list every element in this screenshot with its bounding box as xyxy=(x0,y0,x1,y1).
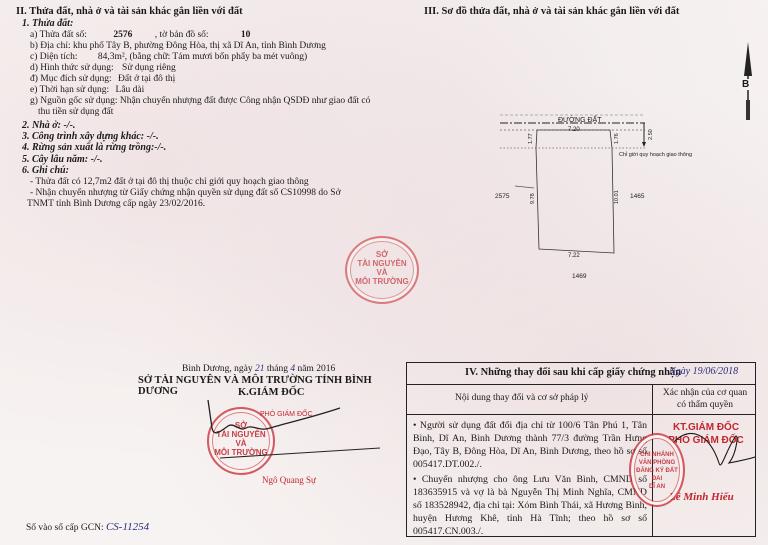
changes-table-title-row: IV. Những thay đổi sau khi cấp giấy chứn… xyxy=(407,363,755,385)
dim-left-lower: 9.78 xyxy=(530,193,536,204)
issue-month-label: tháng xyxy=(267,364,288,374)
registry-number: Số vào sổ cấp GCN: CS-11254 xyxy=(26,522,149,534)
dim-offset: 2.50 xyxy=(648,129,654,140)
signer-name: Ngô Quang Sự xyxy=(262,475,316,485)
other-construction-item: 3. Công trình xây dựng khác: -/-. xyxy=(22,131,159,142)
usage-form-value: Sử dụng riêng xyxy=(122,63,176,73)
seal-line: CHI NHÁNH xyxy=(631,451,683,459)
north-label: B xyxy=(741,79,750,90)
change-entry: • Chuyển nhượng cho ông Lưu Văn Bình, CM… xyxy=(413,473,647,538)
changes-table: IV. Những thay đổi sau khi cấp giấy chứn… xyxy=(406,362,756,537)
issue-month: 4 xyxy=(290,364,295,374)
map-sheet-number: 10 xyxy=(241,30,251,40)
dim-bottom: 7.22 xyxy=(568,253,580,259)
usage-term-label: e) Thời hạn sử dụng: xyxy=(30,85,109,95)
neighbor-south: 1469 xyxy=(572,273,587,280)
issue-day: 21 xyxy=(255,364,265,374)
neighbor-east: 1465 xyxy=(630,193,645,200)
section-iii-heading: III. Sơ đồ thửa đất, nhà ở và tài sản kh… xyxy=(424,6,679,17)
seal-line: SỞ xyxy=(347,250,417,259)
section-iv-heading: IV. Những thay đổi sau khi cấp giấy chứn… xyxy=(465,367,681,378)
signature-scribble xyxy=(200,398,390,468)
section-ii-heading: II. Thửa đất, nhà ở và tài sản khác gắn … xyxy=(16,6,243,17)
note-2: - Nhận chuyển nhượng từ Giấy chứng nhận … xyxy=(30,188,341,199)
area-label: c) Diện tích: xyxy=(30,52,77,62)
handwritten-change-date: Ngày 19/06/2018 xyxy=(669,366,738,377)
seal-line: MÔI TRƯỜNG xyxy=(347,277,417,286)
column-header-confirmation-line1: Xác nhận của cơ quan xyxy=(663,388,747,398)
usage-form-label: d) Hình thức sử dụng: xyxy=(30,63,114,73)
dim-right-lower: 10.01 xyxy=(614,190,620,204)
column-header-content: Nội dung thay đổi và cơ sở pháp lý xyxy=(455,393,589,403)
usage-purpose-row: đ) Mục đích sử dụng: Đất ở tại đô thị xyxy=(30,74,175,85)
road-label: ĐƯỜNG ĐẤT xyxy=(558,114,602,124)
section-ii: II. Thửa đất, nhà ở và tài sản khác gắn … xyxy=(0,0,384,545)
parcel-number-label: a) Thửa đất số: xyxy=(30,30,87,40)
parcel-number-row: a) Thửa đất số: 2576 , tờ bản đồ số: 10 xyxy=(30,30,250,41)
seal-line: VĂN PHÒNG xyxy=(631,459,683,467)
perennial-item: 5. Cây lâu năm: -/-. xyxy=(22,154,103,165)
usage-origin: g) Nguồn gốc sử dụng: Nhận chuyển nhượng… xyxy=(30,96,370,107)
registry-label: Số vào sổ cấp GCN: xyxy=(26,523,104,533)
forest-item: 4. Rừng sản xuất là rừng trồng:-/-. xyxy=(22,142,166,153)
branch-seal-stamp: CHI NHÁNH VĂN PHÒNG ĐĂNG KÝ ĐẤT ĐAI DĨ A… xyxy=(629,433,685,507)
land-heading: 1. Thửa đất: xyxy=(22,18,73,29)
dim-right-upper: 1.76 xyxy=(614,133,620,144)
note-2-cont: TNMT tỉnh Bình Dương cấp ngày 23/02/2016… xyxy=(27,199,205,210)
seal-line: ĐĂNG KÝ ĐẤT ĐAI xyxy=(631,467,683,483)
planning-boundary-label: Chỉ giới quy hoạch giao thông xyxy=(619,151,692,158)
column-header-confirmation: Xác nhận của cơ quan có thẩm quyền xyxy=(657,387,753,411)
signer-role: K.GIÁM ĐỐC xyxy=(238,387,305,398)
area-row: c) Diện tích: 84,3m², (bằng chữ: Tám mươ… xyxy=(30,52,307,63)
parcel-number: 2576 xyxy=(113,30,132,40)
issue-year: năm 2016 xyxy=(297,364,335,374)
issue-date-prefix: Bình Dương, ngày xyxy=(182,364,253,374)
note-1: - Thửa đất có 12,7m2 đất ở tại đô thị th… xyxy=(30,177,309,188)
diagram-seal-stamp: SỞ TÀI NGUYÊN VÀ MÔI TRƯỜNG xyxy=(345,236,419,304)
usage-form-row: d) Hình thức sử dụng: Sử dụng riêng xyxy=(30,63,176,74)
usage-term-value: Lâu dài xyxy=(116,85,145,95)
dim-left-upper: 1.77 xyxy=(528,133,534,144)
change-entry: • Người sử dụng đất đổi địa chỉ từ 100/6… xyxy=(413,419,647,471)
map-sheet-label: , tờ bản đồ số: xyxy=(155,30,209,40)
changes-table-header: Nội dung thay đổi và cơ sở pháp lý Xác n… xyxy=(407,384,755,415)
notes-heading: 6. Ghi chú: xyxy=(22,165,69,176)
parcel-diagram: ĐƯỜNG ĐẤT 7.20 7.22 1.77 9.78 1.76 10.01… xyxy=(470,100,730,280)
column-header-confirmation-line2: có thẩm quyền xyxy=(677,400,733,410)
issue-date: Bình Dương, ngày 21 tháng 4 năm 2016 xyxy=(182,364,335,375)
seal-line: VÀ xyxy=(347,268,417,277)
usage-term-row: e) Thời hạn sử dụng: Lâu dài xyxy=(30,85,144,96)
dim-top: 7.20 xyxy=(568,127,580,133)
usage-origin-cont: thu tiền sử dụng đất xyxy=(38,107,113,118)
address: b) Địa chỉ: khu phố Tây B, phường Đông H… xyxy=(30,41,326,52)
seal-line: DĨ AN xyxy=(631,483,683,491)
usage-purpose-label: đ) Mục đích sử dụng: xyxy=(30,74,112,84)
usage-purpose-value: Đất ở tại đô thị xyxy=(118,74,175,84)
neighbor-west: 2575 xyxy=(495,193,510,200)
area-value: 84,3m², (bằng chữ: Tám mươi bốn phẩy ba … xyxy=(98,52,307,62)
house-item: 2. Nhà ở: -/-. xyxy=(22,120,75,131)
seal-line: TÀI NGUYÊN xyxy=(347,259,417,268)
registry-value: CS-11254 xyxy=(106,521,149,533)
